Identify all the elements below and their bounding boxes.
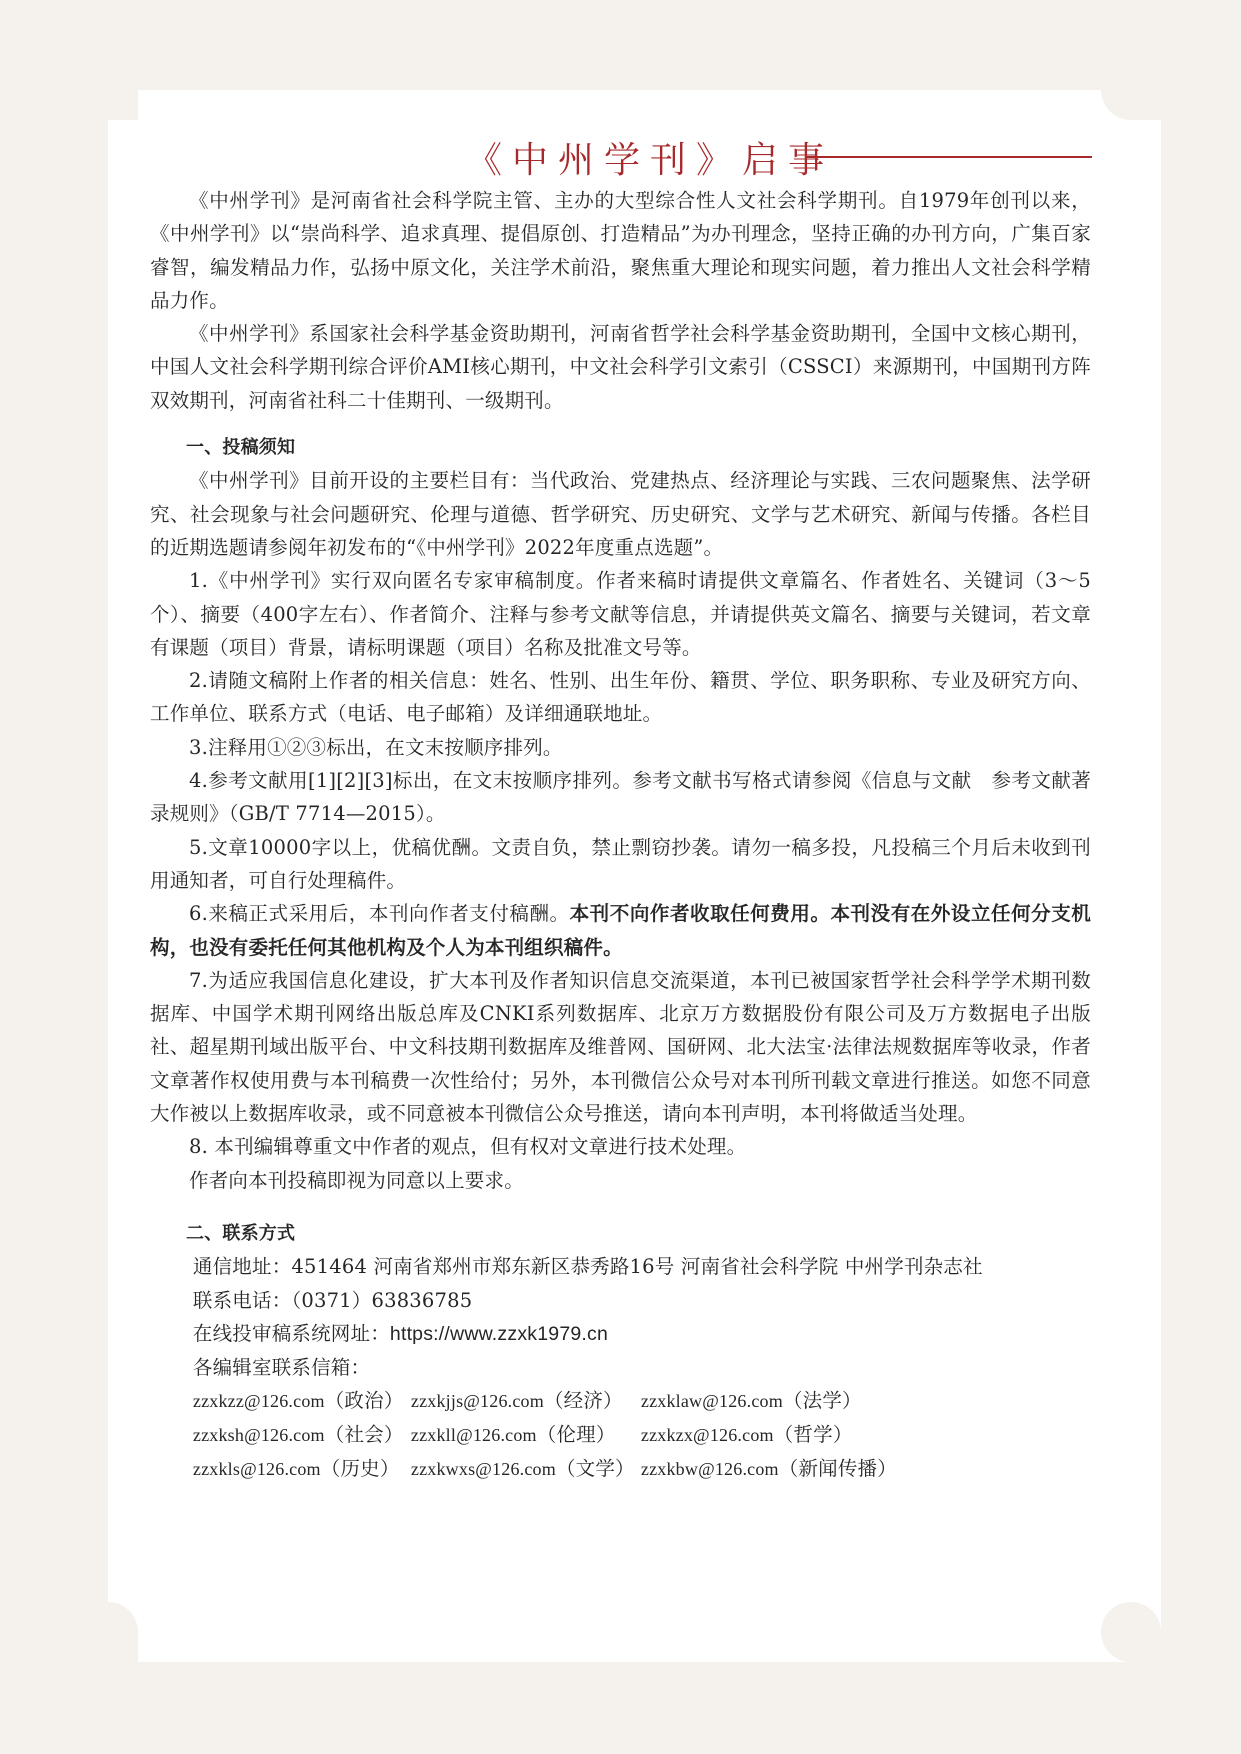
page-title: 《中州学刊》启事 bbox=[466, 132, 834, 183]
contact-phone: 联系电话：（0371）63836785 bbox=[150, 1284, 1091, 1317]
email-row: zzxkls@126.com（历史） zzxkwxs@126.com（文学） z… bbox=[193, 1452, 1091, 1486]
section-heading-contact: 二、联系方式 bbox=[150, 1217, 1091, 1250]
website-label: 在线投审稿系统网址： bbox=[193, 1322, 390, 1345]
columns-paragraph: 《中州学刊》目前开设的主要栏目有：当代政治、党建热点、经济理论与实践、三农问题聚… bbox=[150, 464, 1091, 564]
intro-paragraph-1: 《中州学刊》是河南省社会科学院主管、主办的大型综合性人文社会科学期刊。自1979… bbox=[150, 184, 1091, 317]
email-dept: （伦理） bbox=[537, 1423, 616, 1446]
email-link[interactable]: zzxkzz@126.com bbox=[193, 1391, 325, 1411]
rule-item-8: 8. 本刊编辑尊重文中作者的观点，但有权对文章进行技术处理。 bbox=[150, 1130, 1091, 1163]
email-entry: zzxkzx@126.com（哲学） bbox=[641, 1418, 853, 1452]
email-link[interactable]: zzxklaw@126.com bbox=[641, 1391, 783, 1411]
rule-item-6-normal: 6.来稿正式采用后，本刊向作者支付稿酬。 bbox=[189, 902, 570, 925]
contact-website: 在线投审稿系统网址：https://www.zzxk1979.cn bbox=[150, 1317, 1091, 1351]
notice-body: 《中州学刊》是河南省社会科学院主管、主办的大型综合性人文社会科学期刊。自1979… bbox=[150, 184, 1091, 1486]
address-value: 451464 河南省郑州市郑东新区恭秀路16号 河南省社会科学院 中州学刊杂志社 bbox=[291, 1255, 982, 1278]
email-dept: （历史） bbox=[321, 1457, 400, 1480]
email-link[interactable]: zzxksh@126.com bbox=[193, 1425, 325, 1445]
email-entry: zzxklaw@126.com（法学） bbox=[641, 1384, 862, 1418]
rule-item-4: 4.参考文献用[1][2][3]标出，在文末按顺序排列。参考文献书写格式请参阅《… bbox=[150, 764, 1091, 831]
email-dept: （文学） bbox=[556, 1457, 635, 1480]
email-entry: zzxkls@126.com（历史） bbox=[193, 1452, 411, 1486]
rule-item-3: 3.注释用①②③标出，在文末按顺序排列。 bbox=[150, 731, 1091, 764]
phone-value: （0371）63836785 bbox=[291, 1289, 472, 1312]
section-heading-submission: 一、投稿须知 bbox=[150, 431, 1091, 464]
card-edge-right bbox=[1131, 120, 1161, 1632]
title-block: 《中州学刊》启事 bbox=[466, 132, 834, 182]
rule-item-1: 1.《中州学刊》实行双向匿名专家审稿制度。作者来稿时请提供文章篇名、作者姓名、关… bbox=[150, 564, 1091, 664]
email-dept: （新闻传播） bbox=[779, 1457, 897, 1480]
email-entry: zzxkbw@126.com（新闻传播） bbox=[641, 1452, 897, 1486]
email-link[interactable]: zzxkbw@126.com bbox=[641, 1459, 779, 1479]
email-entry: zzxkll@126.com（伦理） bbox=[411, 1418, 641, 1452]
closing-statement: 作者向本刊投稿即视为同意以上要求。 bbox=[150, 1164, 1091, 1197]
email-dept: （哲学） bbox=[774, 1423, 853, 1446]
rule-item-6: 6.来稿正式采用后，本刊向作者支付稿酬。本刊不向作者收取任何费用。本刊没有在外设… bbox=[150, 897, 1091, 964]
email-entry: zzxkzz@126.com（政治） bbox=[193, 1384, 411, 1418]
title-rule-divider bbox=[806, 156, 1092, 158]
emails-label: 各编辑室联系信箱： bbox=[150, 1351, 1091, 1384]
email-link[interactable]: zzxkzx@126.com bbox=[641, 1425, 774, 1445]
email-link[interactable]: zzxkjjs@126.com bbox=[411, 1391, 544, 1411]
corner-cut-top-right bbox=[1101, 60, 1161, 120]
contact-address: 通信地址：451464 河南省郑州市郑东新区恭秀路16号 河南省社会科学院 中州… bbox=[150, 1250, 1091, 1283]
email-entry: zzxkjjs@126.com（经济） bbox=[411, 1384, 641, 1418]
email-dept: （法学） bbox=[783, 1389, 862, 1412]
corner-cut-bottom-right bbox=[1101, 1602, 1161, 1662]
email-entry: zzxkwxs@126.com（文学） bbox=[411, 1452, 641, 1486]
website-link[interactable]: https://www.zzxk1979.cn bbox=[390, 1323, 608, 1345]
email-link[interactable]: zzxkwxs@126.com bbox=[411, 1459, 556, 1479]
card-edge-left bbox=[108, 120, 138, 1632]
email-dept: （社会） bbox=[325, 1423, 404, 1446]
email-link[interactable]: zzxkll@126.com bbox=[411, 1425, 537, 1445]
rule-item-2: 2.请随文稿附上作者的相关信息：姓名、性别、出生年份、籍贯、学位、职务职称、专业… bbox=[150, 664, 1091, 731]
email-directory: zzxkzz@126.com（政治） zzxkjjs@126.com（经济） z… bbox=[150, 1384, 1091, 1486]
email-link[interactable]: zzxkls@126.com bbox=[193, 1459, 321, 1479]
rule-item-7: 7.为适应我国信息化建设，扩大本刊及作者知识信息交流渠道，本刊已被国家哲学社会科… bbox=[150, 964, 1091, 1130]
email-entry: zzxksh@126.com（社会） bbox=[193, 1418, 411, 1452]
email-dept: （政治） bbox=[325, 1389, 404, 1412]
address-label: 通信地址： bbox=[193, 1255, 292, 1278]
intro-paragraph-2: 《中州学刊》系国家社会科学基金资助期刊，河南省哲学社会科学基金资助期刊，全国中文… bbox=[150, 317, 1091, 417]
corner-cut-bottom-left bbox=[78, 1602, 138, 1662]
email-dept: （经济） bbox=[544, 1389, 623, 1412]
email-row: zzxksh@126.com（社会） zzxkll@126.com（伦理） zz… bbox=[193, 1418, 1091, 1452]
phone-label: 联系电话： bbox=[193, 1289, 292, 1312]
corner-cut-top-left bbox=[78, 60, 138, 120]
email-row: zzxkzz@126.com（政治） zzxkjjs@126.com（经济） z… bbox=[193, 1384, 1091, 1418]
rule-item-5: 5.文章10000字以上，优稿优酬。文责自负，禁止剽窃抄袭。请勿一稿多投，凡投稿… bbox=[150, 831, 1091, 898]
